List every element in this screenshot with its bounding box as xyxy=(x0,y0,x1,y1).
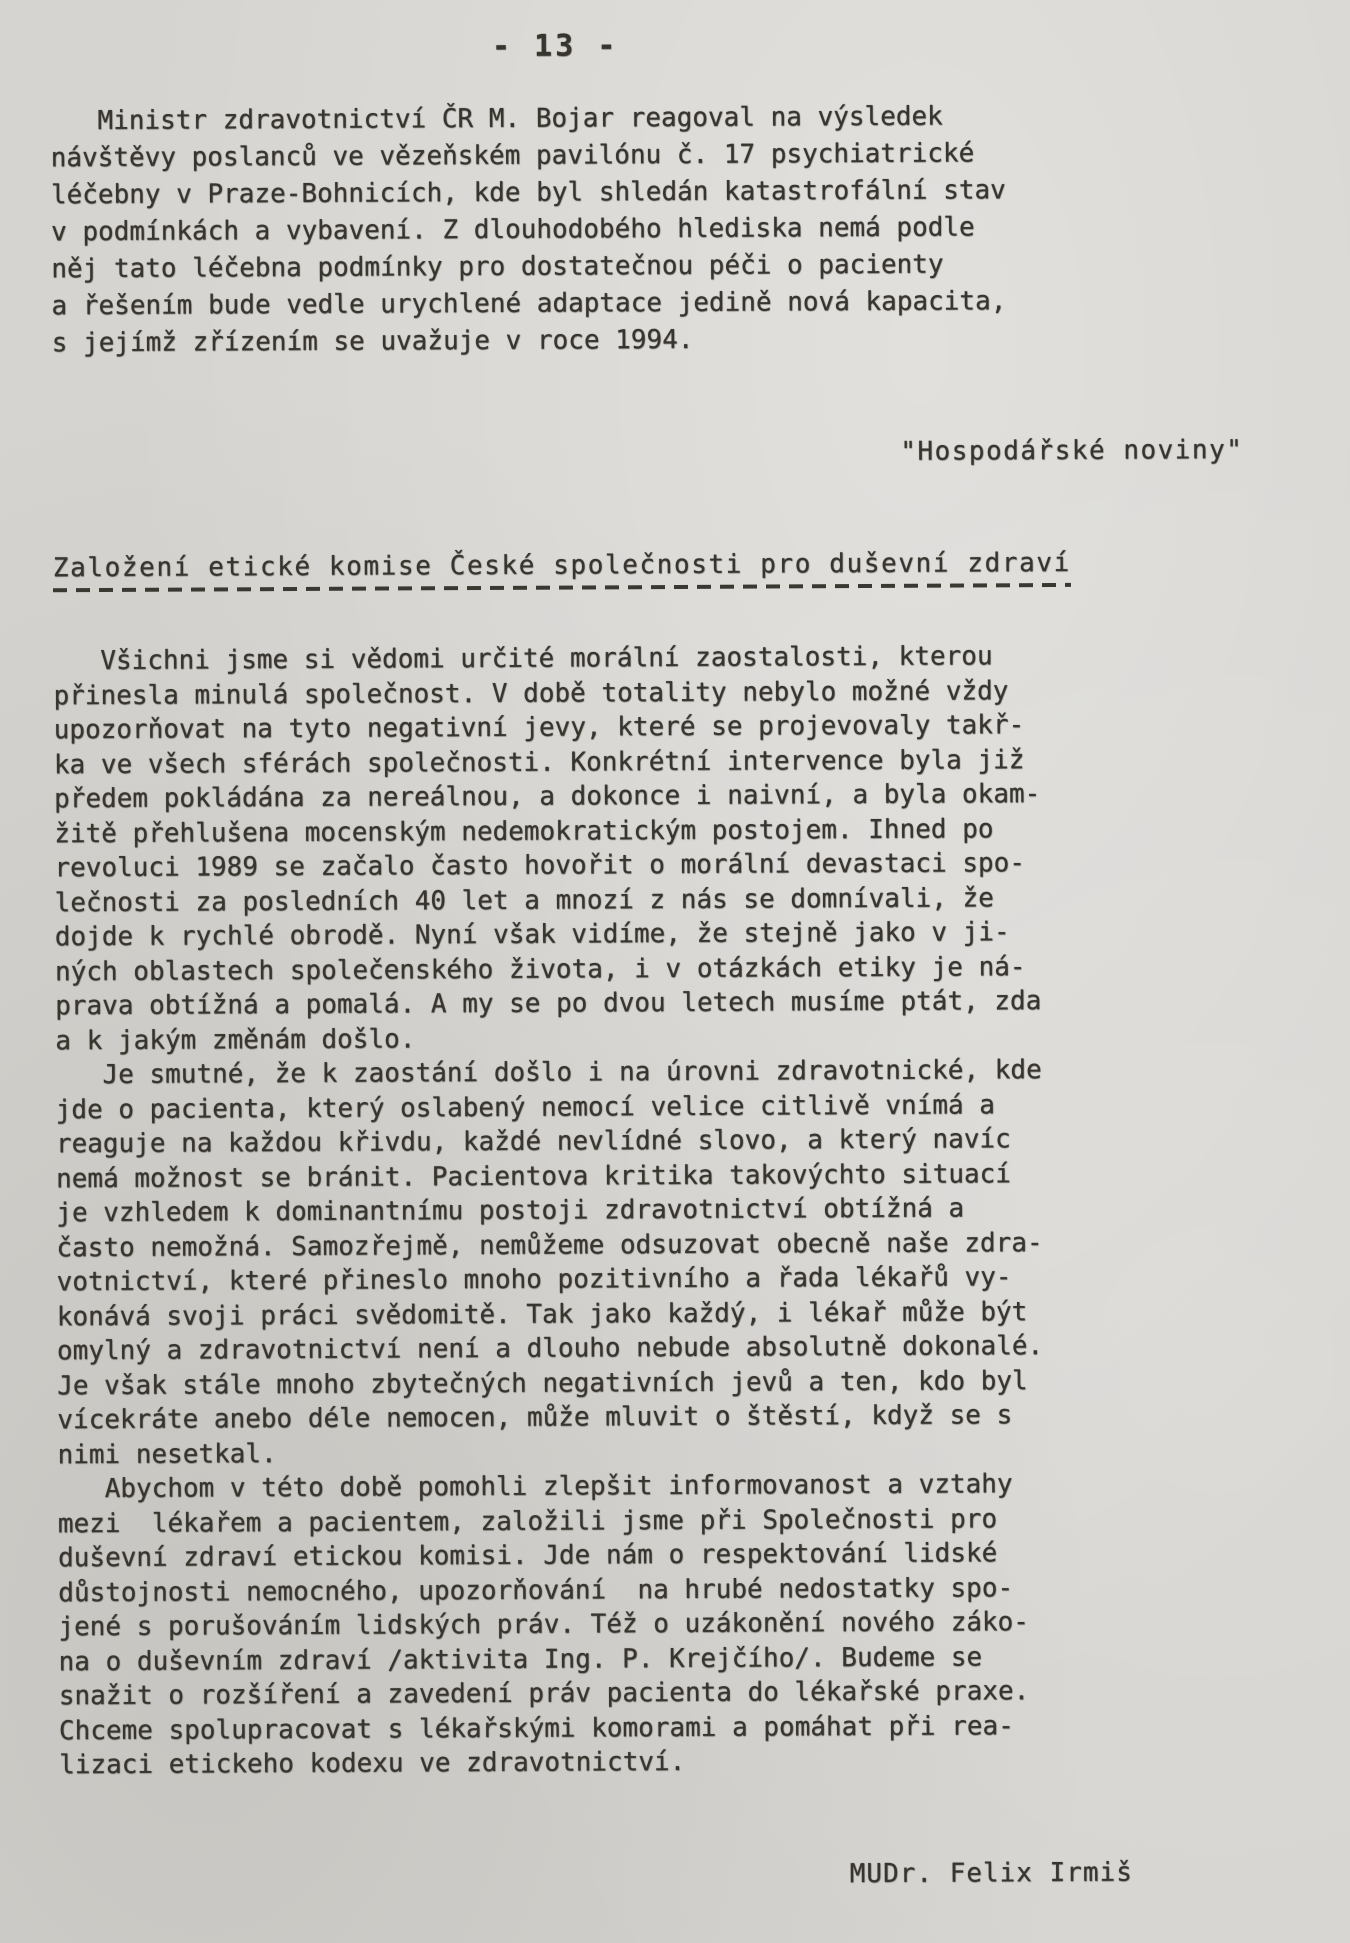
article-paragraph-2: Je smutné, že k zaostání došlo i na úrov… xyxy=(55,1053,1043,1472)
source-attribution: "Hospodářské noviny" xyxy=(900,435,1243,467)
author-signature: MUDr. Felix Irmiš xyxy=(850,1858,1133,1889)
article-paragraph-3: Abychom v této době pomohli zlepšit info… xyxy=(58,1467,1046,1783)
section-heading: Založení etické komise České společnosti… xyxy=(53,548,1071,592)
scanned-document-page: - 13 - Ministr zdravotnictví ČR M. Bojar… xyxy=(0,0,1350,1943)
page-number: - 13 - xyxy=(50,26,1060,66)
article-body: Všichni jsme si vědomi určité morální za… xyxy=(53,639,1045,1783)
lead-paragraph: Ministr zdravotnictví ČR M. Bojar reagov… xyxy=(50,98,1006,362)
article-paragraph-1: Všichni jsme si vědomi určité morální za… xyxy=(53,639,1041,1058)
